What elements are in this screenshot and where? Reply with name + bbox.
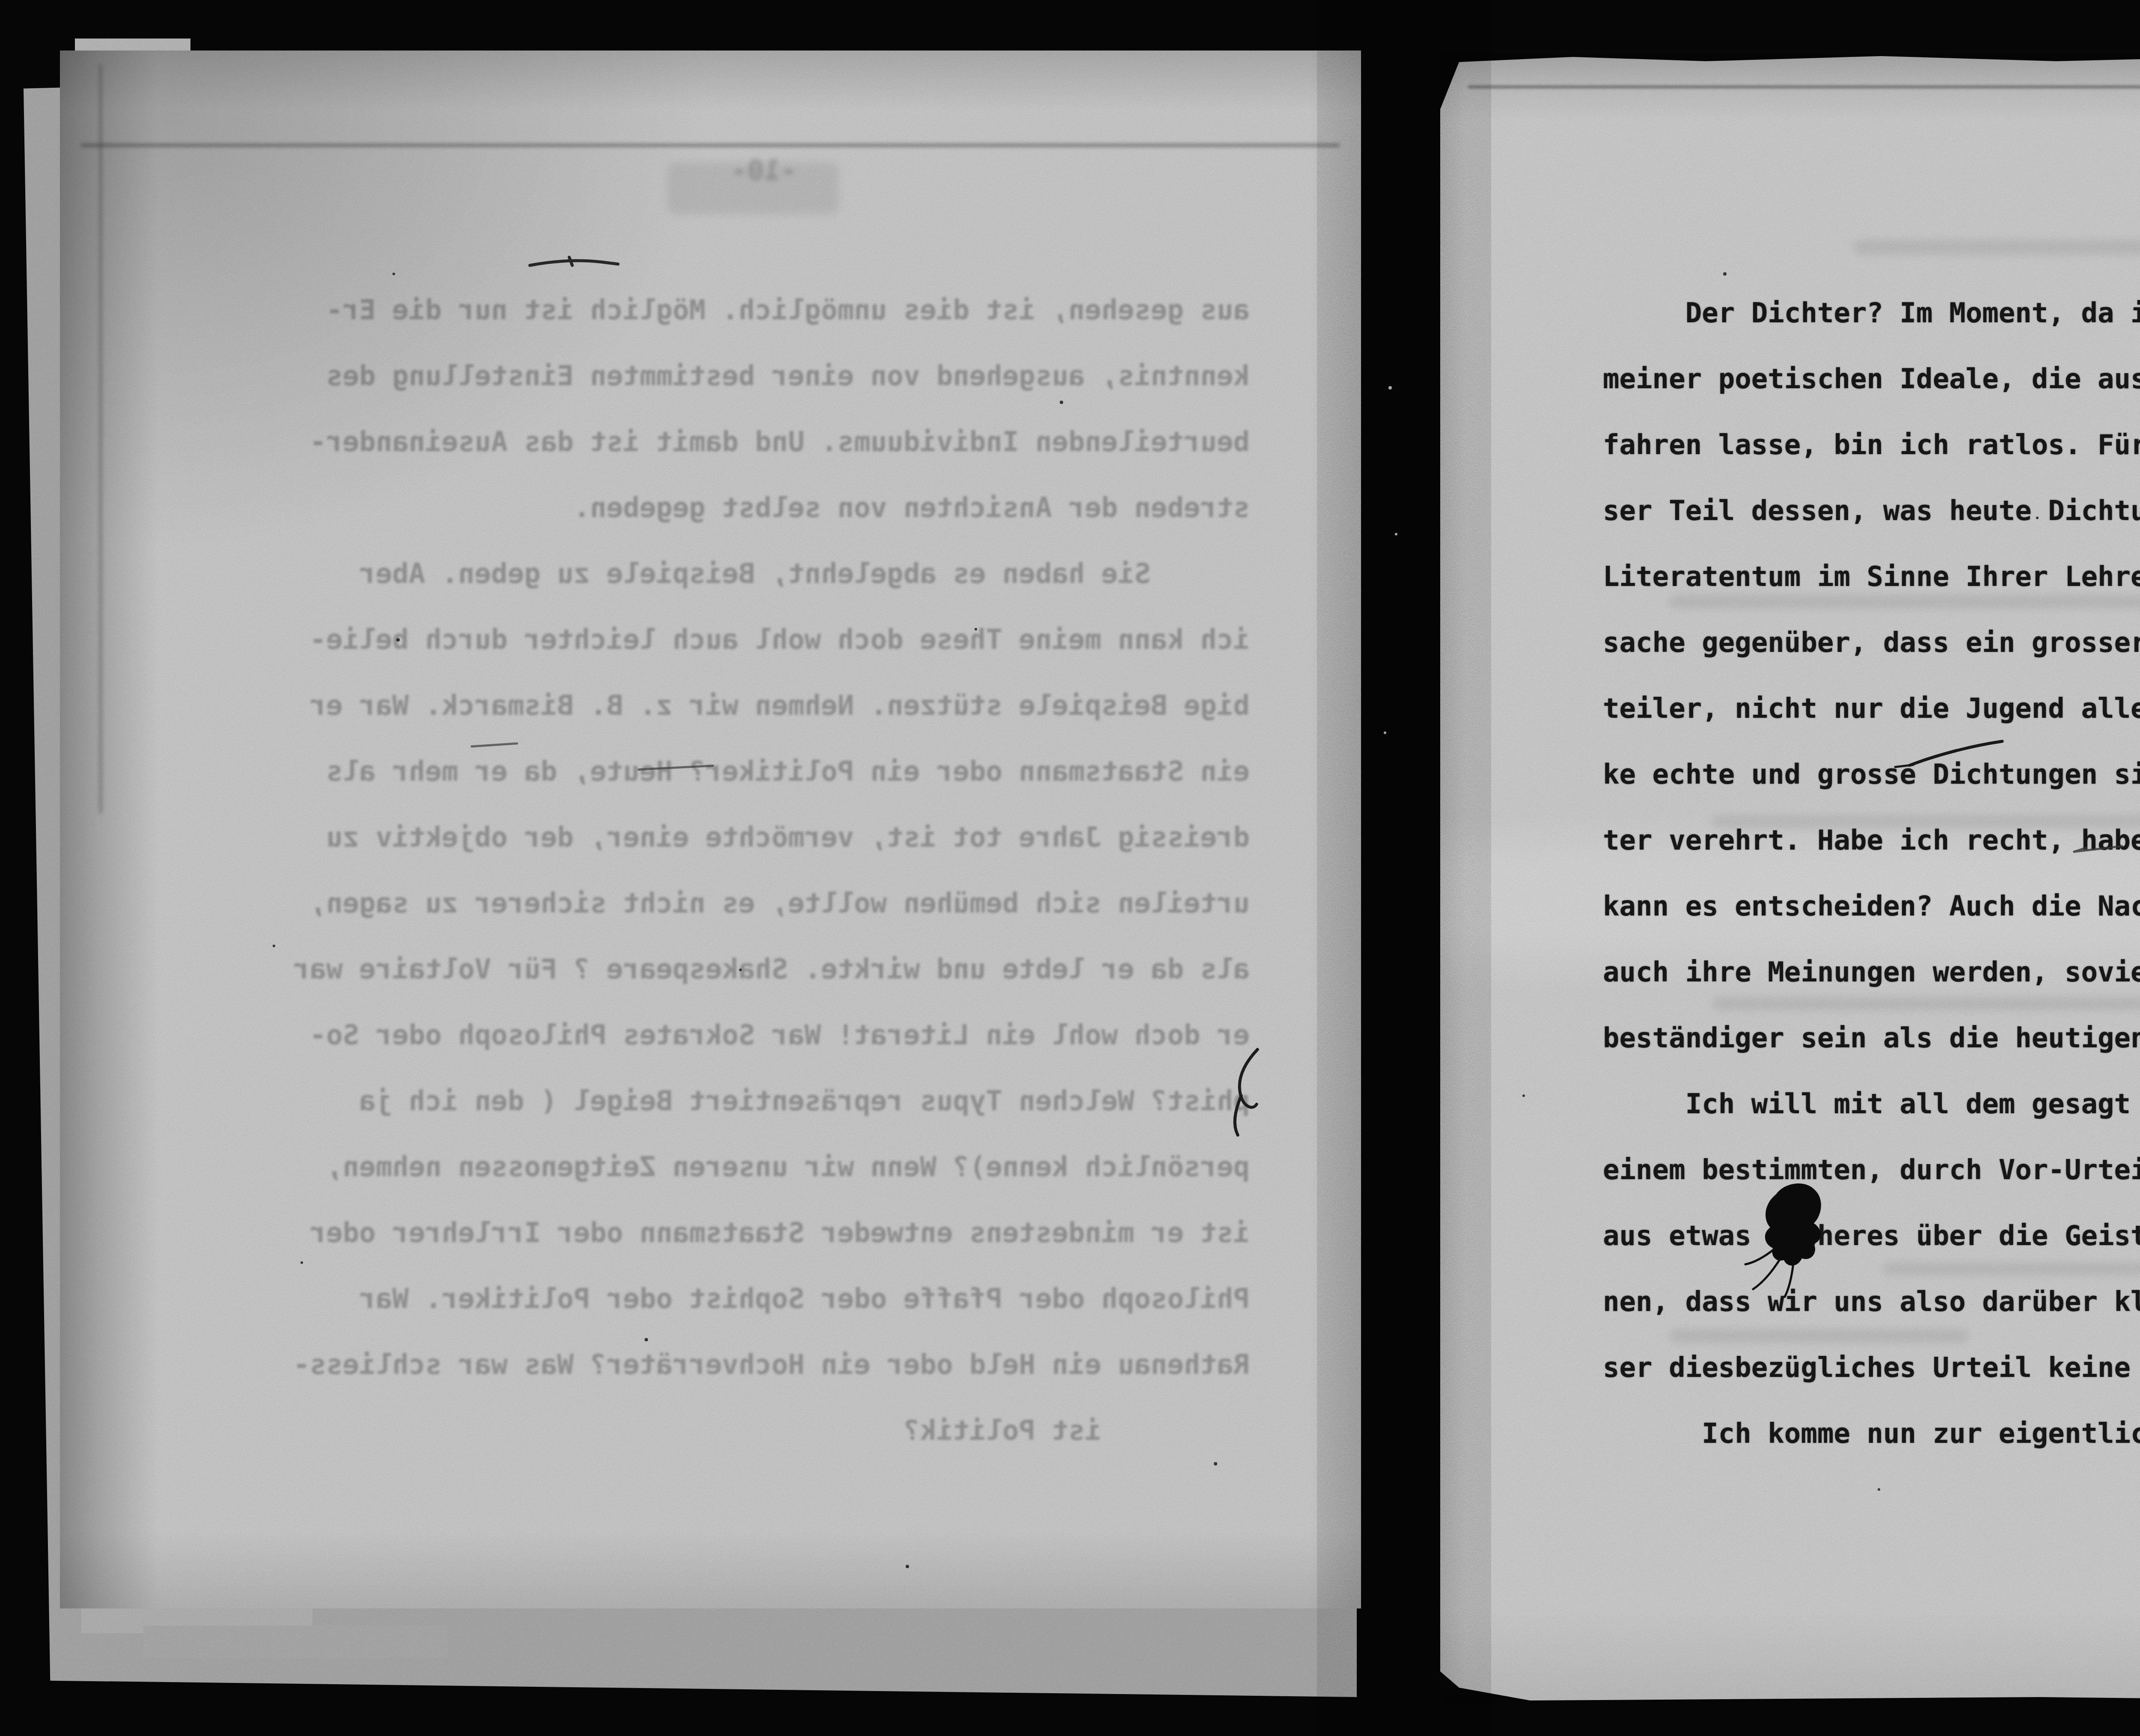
film-grain [0,0,2140,1736]
scanned-document: -10- aus gesehen, ist dies unmöglich. Mö… [0,0,2140,1736]
